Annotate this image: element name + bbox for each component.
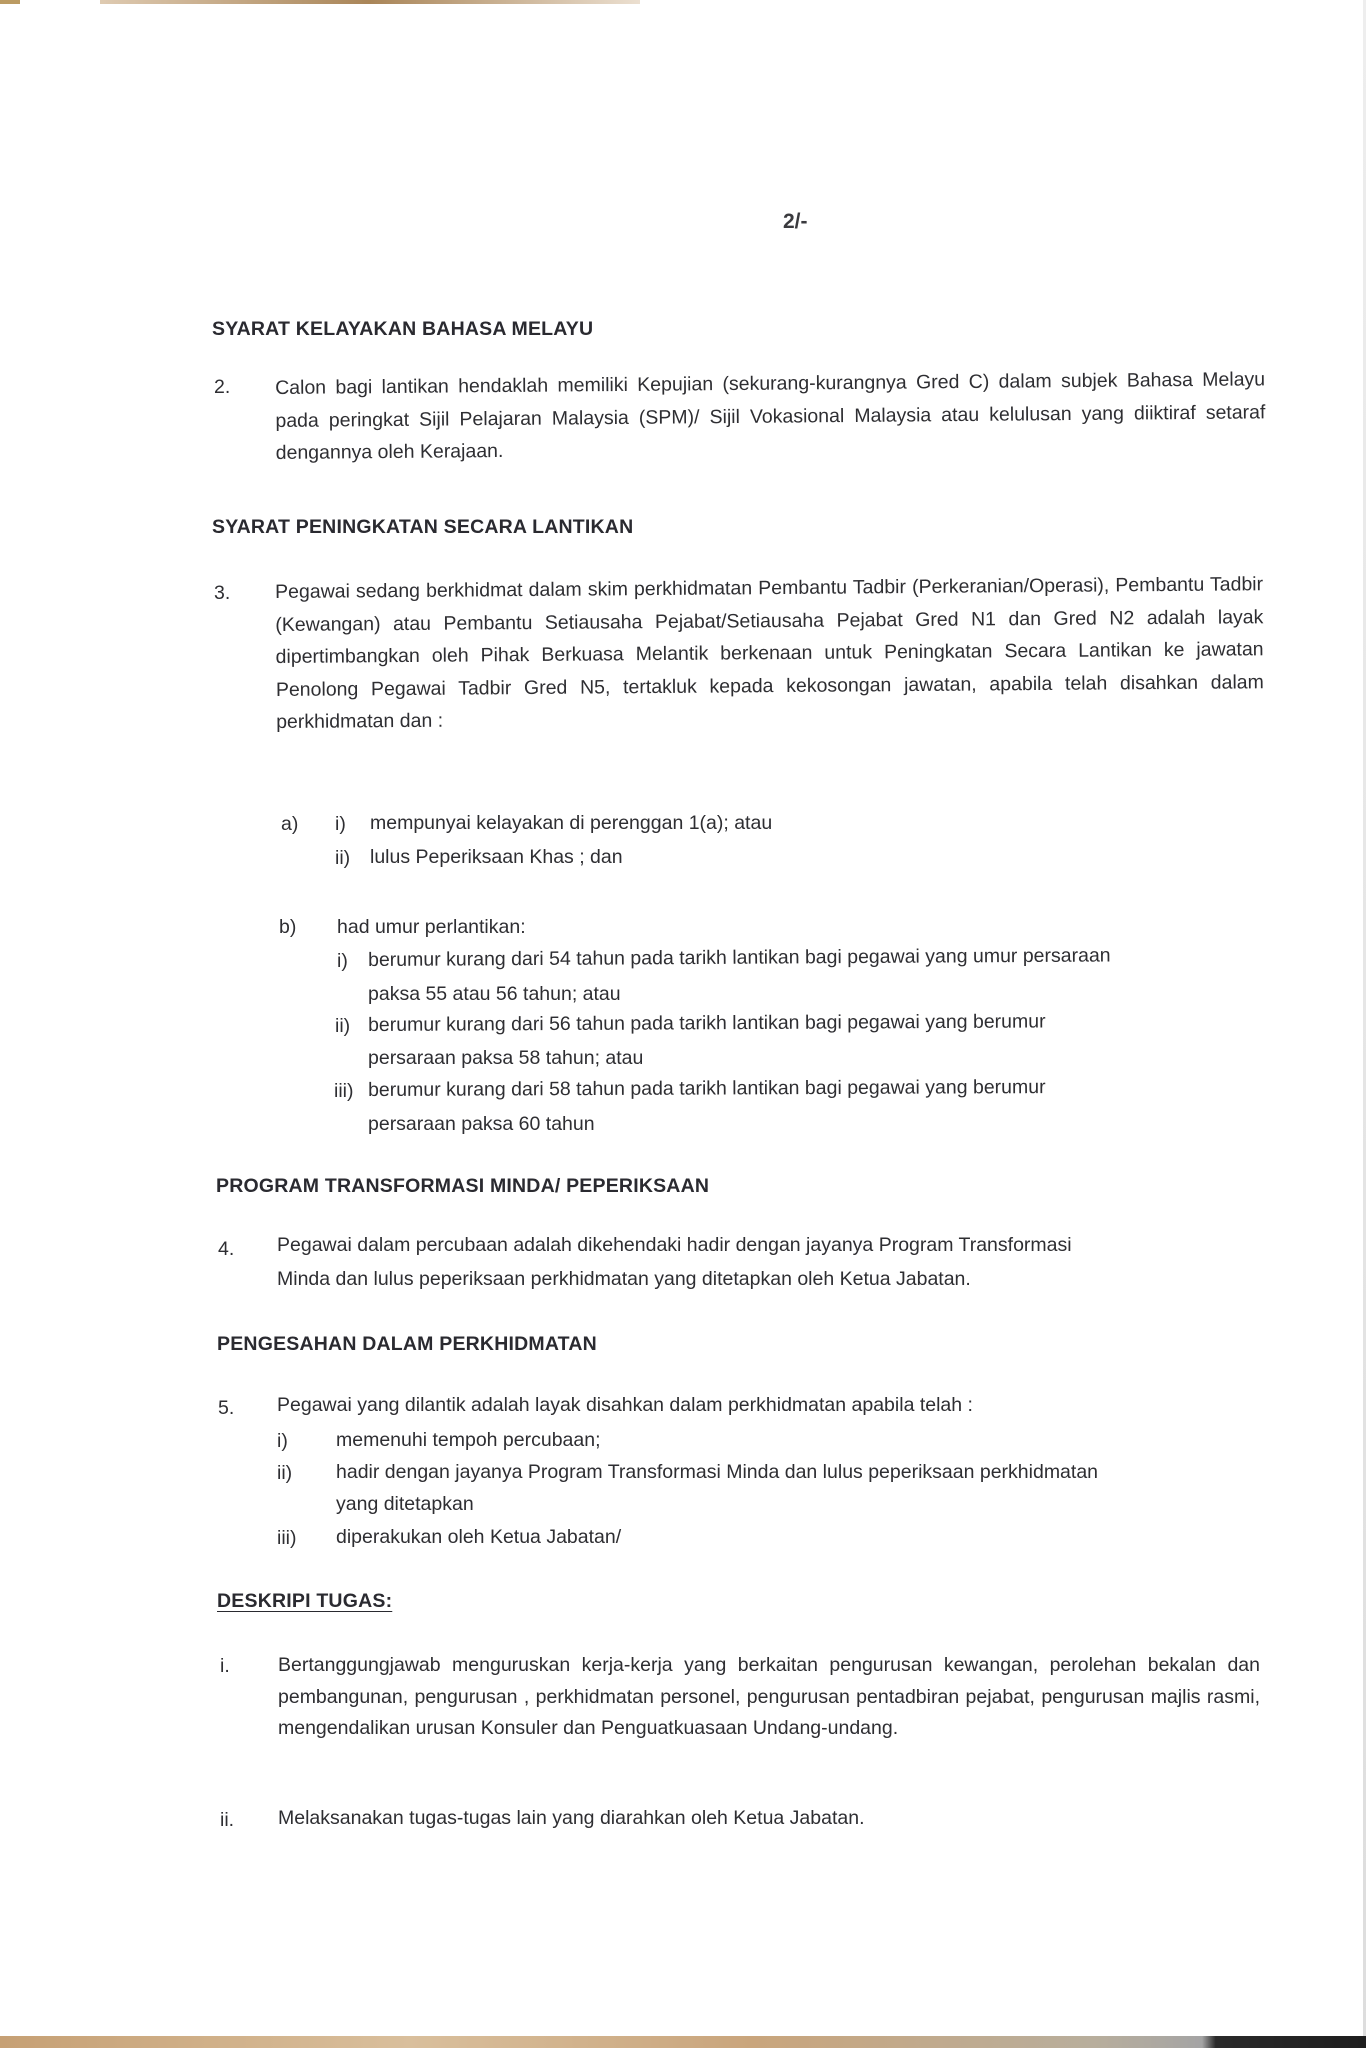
- item-a-i-text: mempunyai kelayakan di perenggan 1(a); a…: [370, 812, 772, 835]
- document-page: 2/- SYARAT KELAYAKAN BAHASA MELAYU 2. Ca…: [0, 0, 1366, 2036]
- duty-i-label: i.: [220, 1655, 230, 1678]
- paragraph-4-line2: Minda dan lulus peperiksaan perkhidmatan…: [277, 1268, 971, 1291]
- item-a-ii-label: ii): [335, 847, 350, 870]
- item-b-i-label: i): [337, 950, 348, 973]
- paragraph-number-2: 2.: [214, 376, 230, 399]
- paragraph-number-5: 5.: [218, 1397, 234, 1420]
- paragraph-number-3: 3.: [214, 582, 230, 605]
- paragraph-2-text: Calon bagi lantikan hendaklah memiliki K…: [275, 363, 1266, 469]
- item-5-ii-line2: yang ditetapkan: [336, 1493, 474, 1516]
- item-5-i-text: memenuhi tempoh percubaan;: [336, 1429, 601, 1452]
- item-5-ii-line1: hadir dengan jayanya Program Transformas…: [336, 1461, 1098, 1484]
- duty-ii-text: Melaksanakan tugas-tugas lain yang diara…: [278, 1807, 865, 1830]
- item-a-label: a): [281, 813, 298, 836]
- item-5-iii-label: iii): [277, 1527, 297, 1550]
- paragraph-3-text: Pegawai sedang berkhidmat dalam skim per…: [275, 568, 1264, 739]
- paragraph-number-4: 4.: [218, 1238, 234, 1261]
- item-b-iii-line2: persaraan paksa 60 tahun: [368, 1113, 595, 1136]
- heading-syarat-peningkatan: SYARAT PENINGKATAN SECARA LANTIKAN: [212, 516, 633, 539]
- item-a-i-label: i): [335, 813, 346, 836]
- item-b-ii-line2: persaraan paksa 58 tahun; atau: [368, 1047, 643, 1070]
- paragraph-4-line1: Pegawai dalam percubaan adalah dikehenda…: [277, 1234, 1072, 1257]
- duty-i-text: Bertanggungjawab menguruskan kerja-kerja…: [278, 1650, 1260, 1745]
- item-b-label: b): [279, 916, 296, 939]
- item-b-iii-label: iii): [334, 1080, 354, 1103]
- item-5-iii-text: diperakukan oleh Ketua Jabatan/: [336, 1526, 621, 1549]
- heading-deskripsi-tugas: DESKRIPI TUGAS:: [217, 1590, 392, 1613]
- item-a-ii-text: lulus Peperiksaan Khas ; dan: [370, 846, 623, 869]
- item-b-ii-label: ii): [335, 1015, 350, 1038]
- item-5-i-label: i): [277, 1430, 288, 1453]
- heading-syarat-kelayakan-bahasa: SYARAT KELAYAKAN BAHASA MELAYU: [212, 318, 593, 341]
- item-5-ii-label: ii): [277, 1462, 292, 1485]
- item-b-iii-line1: berumur kurang dari 58 tahun pada tarikh…: [368, 1076, 1046, 1102]
- heading-program-transformasi: PROGRAM TRANSFORMASI MINDA/ PEPERIKSAAN: [216, 1175, 709, 1198]
- page-number: 2/-: [783, 210, 808, 234]
- duty-ii-label: ii.: [220, 1809, 234, 1832]
- heading-pengesahan: PENGESAHAN DALAM PERKHIDMATAN: [217, 1333, 597, 1356]
- paragraph-5-intro: Pegawai yang dilantik adalah layak disah…: [277, 1394, 973, 1417]
- scan-edge-bottom: [0, 2036, 1366, 2048]
- item-b-i-line1: berumur kurang dari 54 tahun pada tarikh…: [368, 944, 1111, 972]
- item-b-i-line2: paksa 55 atau 56 tahun; atau: [368, 983, 621, 1006]
- item-b-intro: had umur perlantikan:: [337, 916, 526, 939]
- item-b-ii-line1: berumur kurang dari 56 tahun pada tarikh…: [368, 1010, 1046, 1037]
